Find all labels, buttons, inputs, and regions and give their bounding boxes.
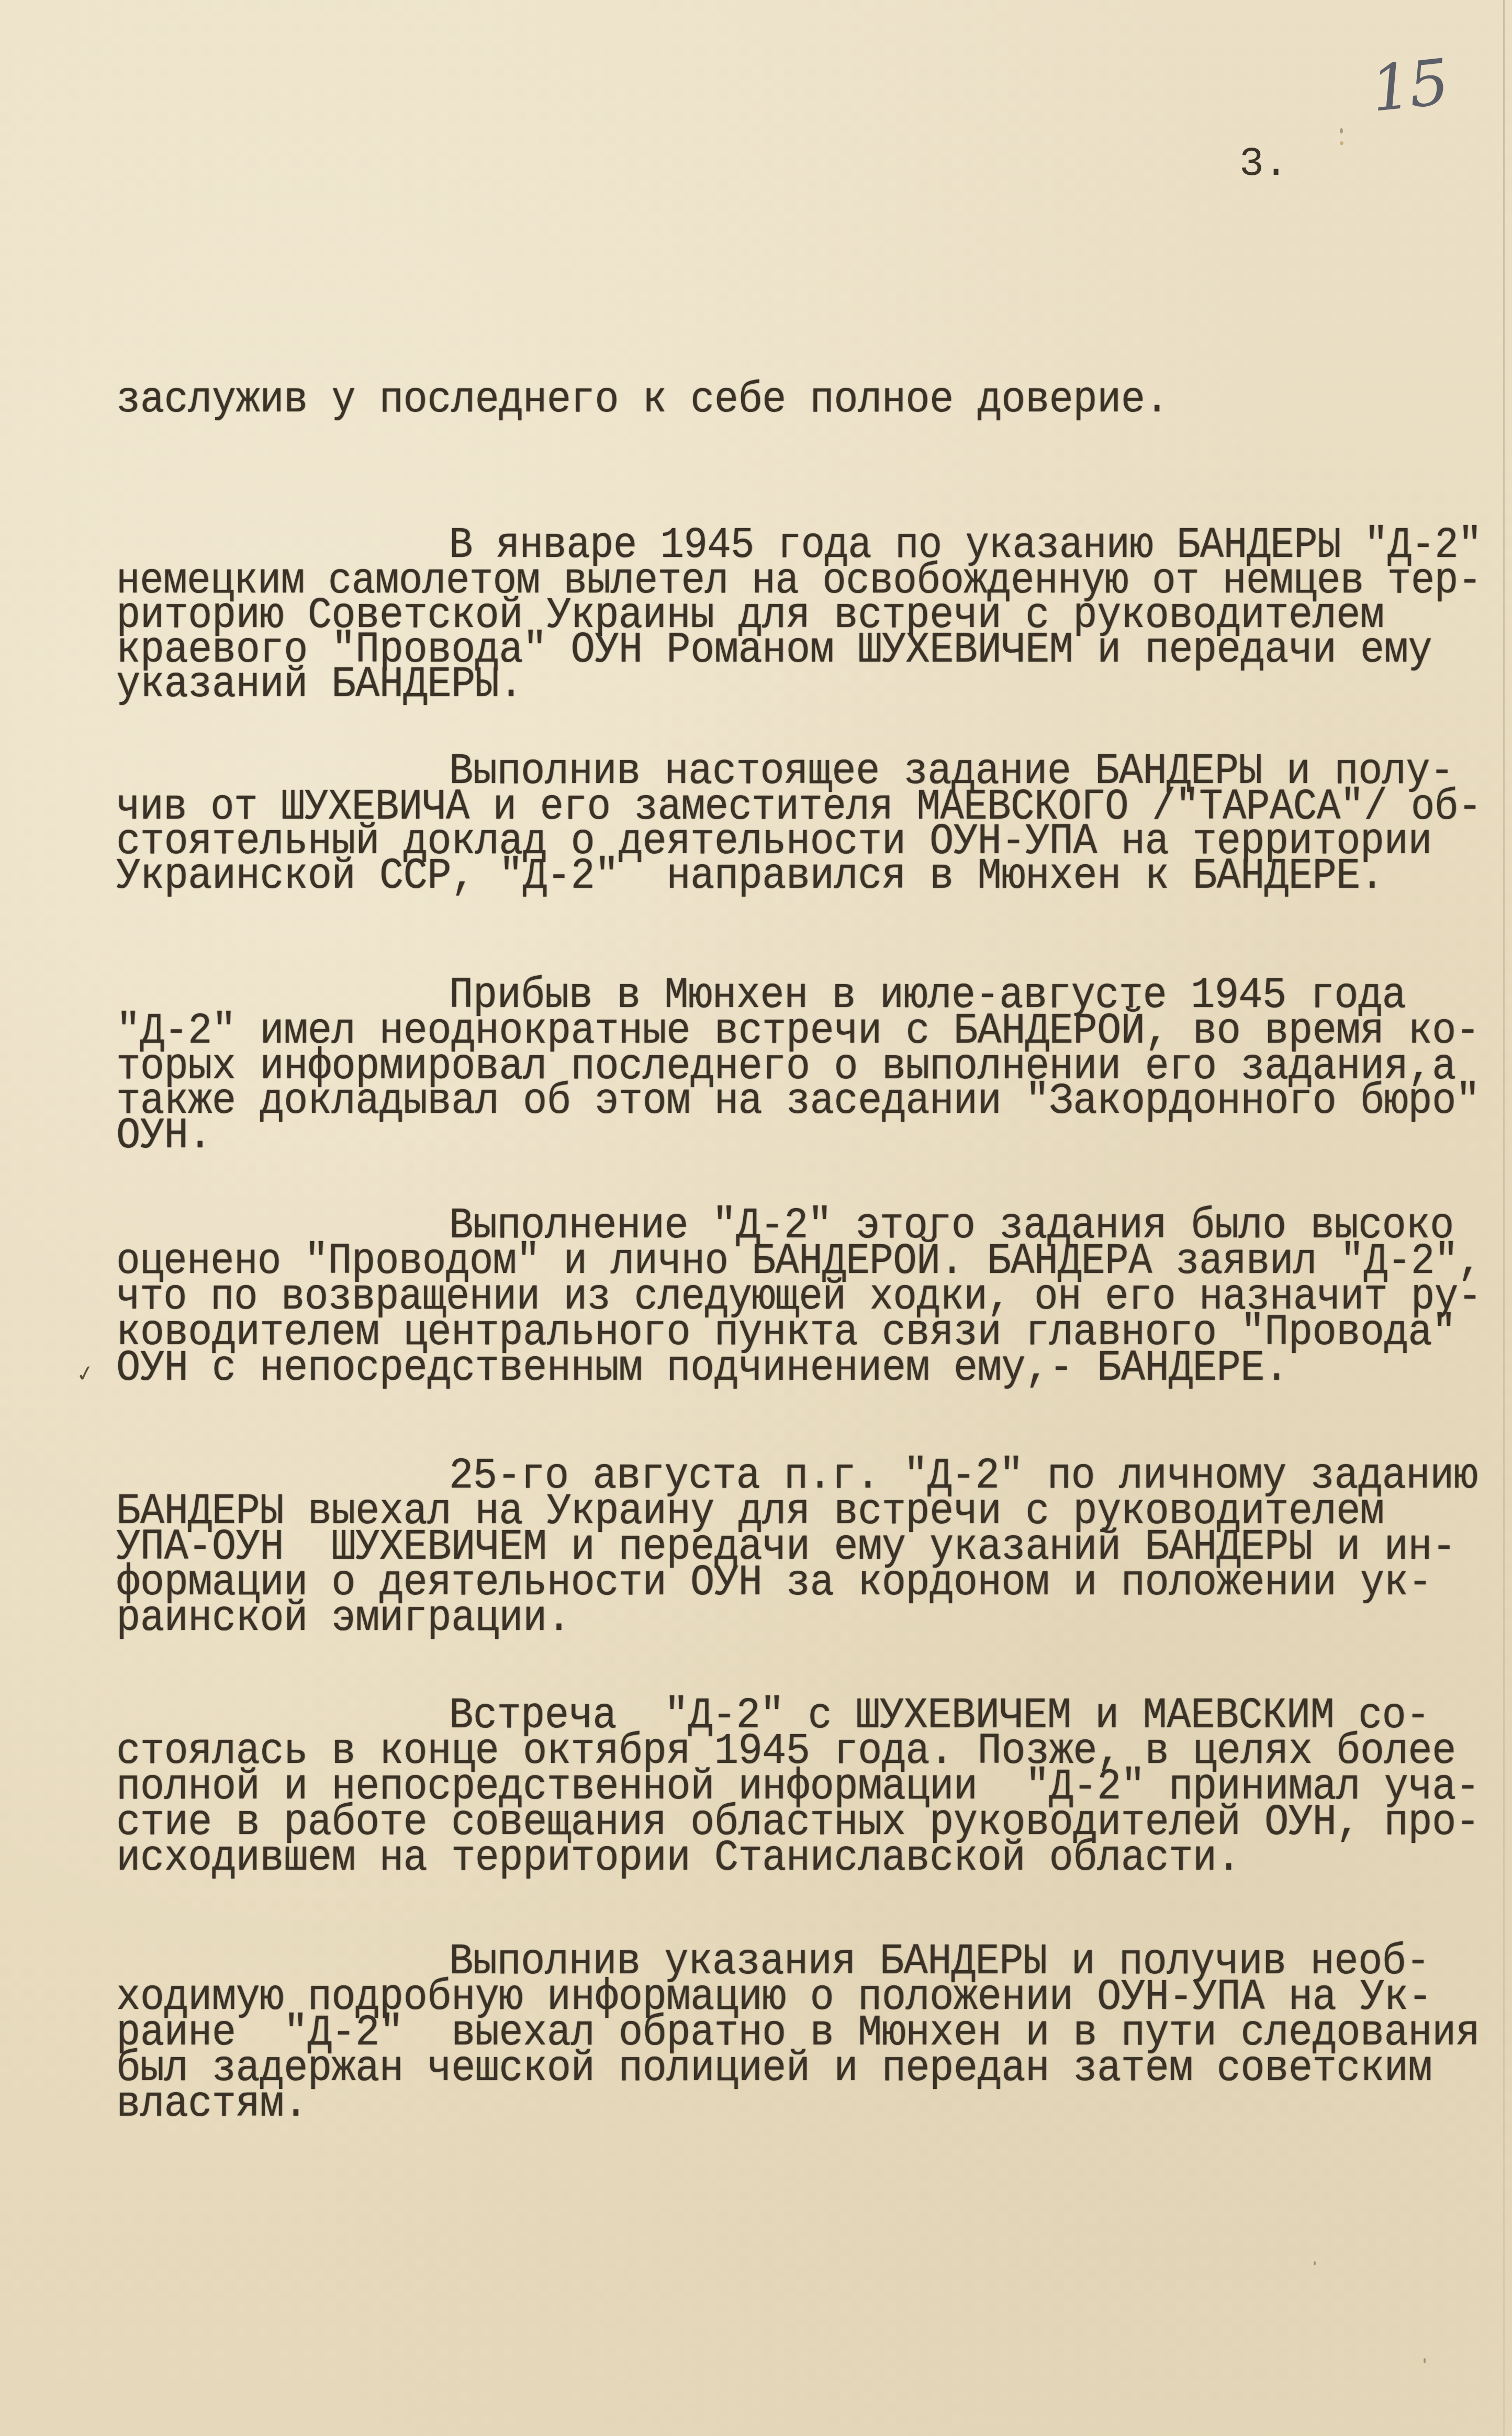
text-line: ОУН. <box>116 1114 212 1159</box>
text-line: ОУН с непосредственным подчинением ему,-… <box>116 1346 1289 1391</box>
text-line: властям. <box>116 2082 308 2127</box>
text-line: Украинской ССР, "Д-2" направился в Мюнхе… <box>116 854 1384 899</box>
margin-check-mark-icon: ✓ <box>75 1357 95 1390</box>
text-line: указаний БАНДЕРЫ. <box>116 663 523 708</box>
text-line: раинской эмиграции. <box>116 1596 570 1641</box>
text-line: исходившем на территории Станиславской о… <box>116 1836 1240 1881</box>
text-line: заслужив у последнего к себе полное дове… <box>116 378 1169 423</box>
paper-speck <box>1340 128 1343 133</box>
page-number: 3. <box>1239 141 1289 187</box>
paper-speck <box>1340 141 1343 145</box>
text-line: также докладывал об этом на заседании "З… <box>116 1079 1480 1124</box>
text-line: был задержан чешской полицией и передан … <box>116 2047 1432 2092</box>
archive-sheet-number: 15 <box>1368 46 1450 126</box>
paper-speck <box>1424 2358 1426 2363</box>
paper-edge <box>1503 0 1505 2436</box>
paper-speck <box>1314 2261 1316 2265</box>
